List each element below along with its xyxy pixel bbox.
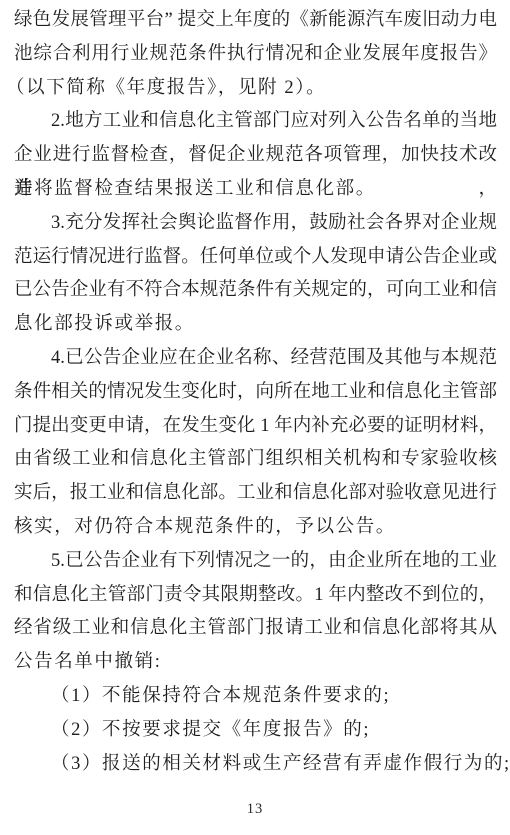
text-line: 公告名单中撤销: (14, 646, 497, 680)
text-line: 已公告企业有不符合本规范条件有关规定的，可向工业和信 (14, 274, 497, 308)
text-line: 4.已公告企业应在企业名称、经营范围及其他与本规范 (14, 342, 497, 376)
text-line: 企业进行监督检查，督促企业规范各项管理，加快技术改造， (14, 139, 497, 173)
text-line: 5.已公告企业有下列情况之一的，由企业所在地的工业 (14, 545, 497, 579)
text-line: 由省级工业和信息化主管部门组织相关机构和专家验收核 (14, 443, 497, 477)
page-number: 13 (0, 801, 510, 818)
text-line: 绿色发展管理平台” 提交上年度的《新能源汽车废旧动力电 (14, 4, 497, 38)
text-line: 门提出变更申请，在发生变化 1 年内补充必要的证明材料， (14, 410, 497, 444)
text-line: 核实，对仍符合本规范条件的，予以公告。 (14, 511, 497, 545)
text-line: 3.充分发挥社会舆论监督作用，鼓励社会各界对企业规 (14, 207, 497, 241)
text-line: 实后，报工业和信息化部。工业和信息化部对验收意见进行 (14, 477, 497, 511)
text-line: 范运行情况进行监督。任何单位或个人发现申请公告企业或 (14, 241, 497, 275)
text-line: 经省级工业和信息化主管部门报请工业和信息化部将其从 (14, 612, 497, 646)
text-line: 池综合利用行业规范条件执行情况和企业发展年度报告》 (14, 38, 497, 72)
text-line: （2）不按要求提交《年度报告》的; (14, 714, 497, 748)
body-text: 绿色发展管理平台” 提交上年度的《新能源汽车废旧动力电 池综合利用行业规范条件执… (14, 4, 497, 781)
text-line: （以下简称《年度报告》，见附 2）。 (6, 72, 497, 106)
text-line: （3）报送的相关材料或生产经营有弄虚作假行为的; (14, 748, 497, 782)
text-line: 息化部投诉或举报。 (14, 308, 497, 342)
text-line: （1）不能保持符合本规范条件要求的; (14, 680, 497, 714)
document-page: 绿色发展管理平台” 提交上年度的《新能源汽车废旧动力电 池综合利用行业规范条件执… (0, 0, 510, 835)
text-line: 2.地方工业和信息化主管部门应对列入公告名单的当地 (14, 105, 497, 139)
text-line: 和信息化主管部门责令其限期整改。1 年内整改不到位的， (14, 579, 497, 613)
text-line: 条件相关的情况发生变化时，向所在地工业和信息化主管部 (14, 376, 497, 410)
